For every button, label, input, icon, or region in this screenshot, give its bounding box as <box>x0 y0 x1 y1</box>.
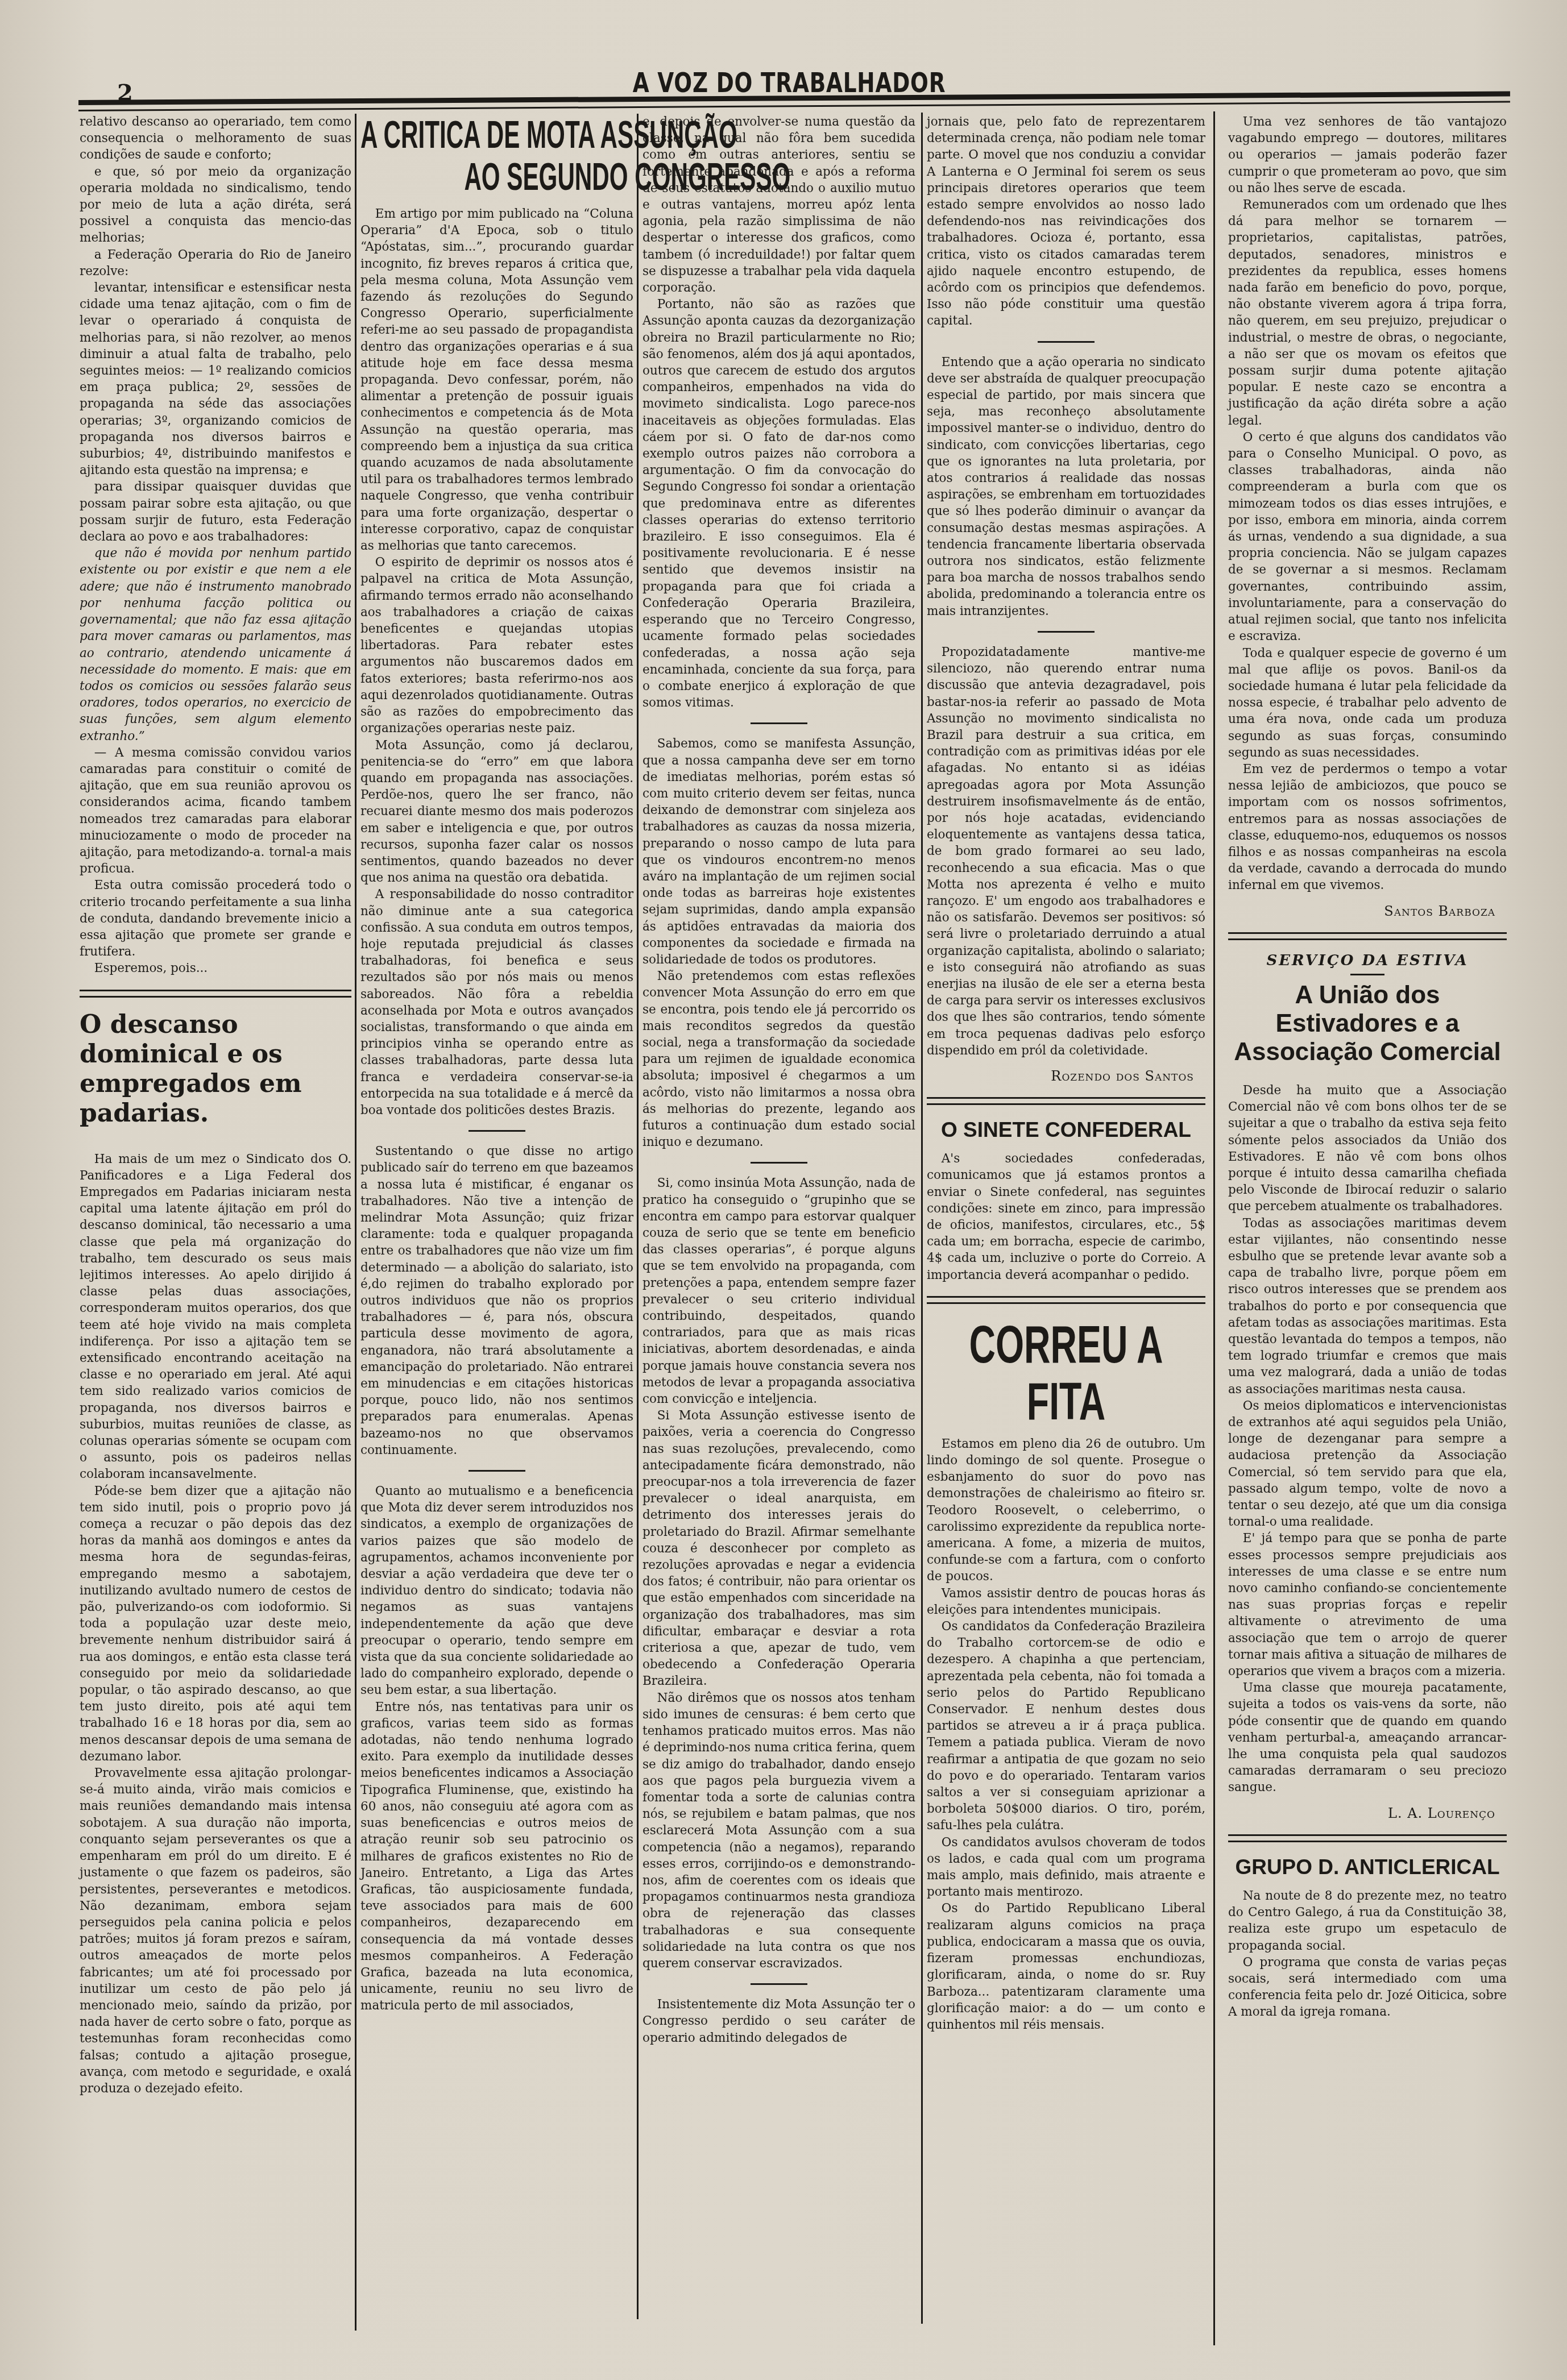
paragraph: Estamos em pleno dia 26 de outubro. Um l… <box>927 1436 1205 1585</box>
paragraph: Uma classe que moureja pacatamente, suje… <box>1228 1680 1507 1796</box>
section-divider <box>80 990 351 998</box>
section-dash <box>751 1983 807 1985</box>
column-4: jornais que, pelo fato de reprezentarem … <box>927 114 1205 2346</box>
column-5: Uma vez senhores de tão vantajozo vagabu… <box>1228 114 1507 2346</box>
article-headline: CORREU A FITA <box>969 1316 1164 1430</box>
paragraph: A's sociedades confederadas, comunicamos… <box>927 1150 1205 1284</box>
column-3: e, depois de envolver-se numa questão da… <box>642 114 915 2346</box>
section-divider <box>927 1296 1205 1304</box>
paragraph: Na noute de 8 do prezente mez, no teatro… <box>1228 1888 1507 1954</box>
paragraph: Póde-se bem dizer que a ajitação não tem… <box>80 1483 351 1765</box>
paragraph: para dissipar quaisquer duvidas que poss… <box>80 479 351 545</box>
article-headline: A União dos Estivadores e a Associação C… <box>1228 981 1507 1066</box>
section-dash <box>469 1470 525 1472</box>
paragraph: Portanto, não são as razões que Assunção… <box>642 296 915 711</box>
paragraph: Remunerados com um ordenado que lhes dá … <box>1228 197 1507 429</box>
author-signature: Rozendo dos Santos <box>927 1068 1194 1085</box>
paragraph: Em vez de perdermos o tempo a votar ness… <box>1228 761 1507 894</box>
paragraph: Si, como insinúa Mota Assunção, nada de … <box>642 1175 915 1407</box>
paragraph: E' já tempo para que se ponha de parte e… <box>1228 1530 1507 1680</box>
quoted-declaration: que não é movida por nenhum partido exis… <box>80 545 351 744</box>
paragraph: Não dirêmos que os nossos atos tenham si… <box>642 1690 915 1972</box>
paragraph: Insistentemente diz Mota Assunção ter o … <box>642 1996 915 2046</box>
paragraph: Esta outra comissão procederá todo o cri… <box>80 877 351 960</box>
paragraph: — A mesma comissão convidou varios camar… <box>80 745 351 878</box>
paragraph: Os candidatos avulsos choveram de todos … <box>927 1834 1205 1901</box>
paragraph: A responsabilidade do nosso contraditor … <box>360 886 633 1119</box>
section-divider <box>1228 932 1507 940</box>
paragraph: Desde ha muito que a Associação Comercia… <box>1228 1082 1507 1215</box>
section-dash <box>1038 341 1095 343</box>
article-headline: O descanso dominical e os empregados em … <box>80 1010 351 1128</box>
column-divider <box>355 114 356 2331</box>
column-divider <box>921 113 923 2324</box>
paragraph: Si Mota Assunção estivesse isento de pai… <box>642 1407 915 1689</box>
column-1: relativo descanso ao operariado, tem com… <box>80 114 351 2346</box>
section-dash <box>469 1130 525 1132</box>
paragraph: Em artigo por mim publicado na “Coluna O… <box>360 206 633 554</box>
paragraph: Vamos assistir dentro de poucas horas ás… <box>927 1585 1205 1618</box>
paragraph: Ha mais de um mez o Sindicato dos O. Pan… <box>80 1151 351 1483</box>
paragraph: Entendo que a ação operaria no sindicato… <box>927 354 1205 620</box>
paragraph: jornais que, pelo fato de reprezentarem … <box>927 114 1205 330</box>
paragraph: Sustentando o que disse no artigo public… <box>360 1143 633 1459</box>
article-headline-line1: A CRITICA DE MOTA ASSUNÇÃO <box>360 114 530 156</box>
section-divider <box>927 1097 1205 1105</box>
article-headline: O SINETE CONFEDERAL <box>927 1118 1205 1143</box>
paragraph: Mota Assunção, como já declarou, peniten… <box>360 737 633 887</box>
paragraph: Sabemos, como se manifesta Assunção, que… <box>642 736 915 968</box>
paragraph: Os meios diplomaticos e intervencionista… <box>1228 1398 1507 1531</box>
paragraph: Toda e qualquer especie de governo é um … <box>1228 645 1507 761</box>
article-headline: GRUPO D. ANTICLERICAL <box>1228 1855 1507 1880</box>
paragraph: Os do Partido Republicano Liberal realiz… <box>927 1900 1205 2033</box>
paragraph: Uma vez senhores de tão vantajozo vagabu… <box>1228 114 1507 197</box>
paragraph: Não pretendemos com estas reflexões conv… <box>642 968 915 1150</box>
article-headline-line2: AO SEGUNDO CONGRESSO <box>464 156 633 198</box>
column-divider <box>1213 111 1215 2345</box>
paragraph: O espirito de deprimir os nossos atos é … <box>360 554 633 737</box>
paragraph: Propozidatadamente mantive-me silenciozo… <box>927 644 1205 1059</box>
column-2: A CRITICA DE MOTA ASSUNÇÃO AO SEGUNDO CO… <box>360 114 633 2346</box>
paragraph: a Federação Operaria do Rio de Janeiro r… <box>80 247 351 280</box>
author-signature: L. A. Lourenço <box>1228 1805 1495 1822</box>
paragraph: O certo é que alguns dos candidatos vão … <box>1228 429 1507 645</box>
paragraph: Quanto ao mutualismo e a beneficencia qu… <box>360 1483 633 1699</box>
section-kicker: SERVIÇO DA ESTIVA <box>1228 953 1507 969</box>
section-dash <box>1038 631 1095 633</box>
paragraph: relativo descanso ao operariado, tem com… <box>80 114 351 164</box>
section-dash <box>1350 974 1384 975</box>
paragraph: e, depois de envolver-se numa questão da… <box>642 114 915 296</box>
paragraph: Provavelmente essa ajitação prolongar-se… <box>80 1765 351 2097</box>
paragraph: O programa que consta de varias peças so… <box>1228 1954 1507 2021</box>
newspaper-page: 2 A VOZ DO TRABALHADOR relativo descanso… <box>0 0 1567 2380</box>
section-dash <box>751 1162 807 1164</box>
paragraph: Entre nós, nas tentativas para unir os g… <box>360 1699 633 2015</box>
paragraph: e que, só por meio da organização operar… <box>80 164 351 247</box>
author-signature: Santos Barboza <box>1228 903 1495 920</box>
column-divider <box>637 114 639 2319</box>
paragraph: Os candidatos da Confederação Brazileira… <box>927 1618 1205 1834</box>
section-divider <box>1228 1834 1507 1842</box>
paragraph: Esperemos, pois... <box>80 960 351 977</box>
paragraph: levantar, intensificar e estensificar ne… <box>80 280 351 479</box>
section-dash <box>751 722 807 724</box>
paragraph: Todas as associações maritimas devem est… <box>1228 1215 1507 1398</box>
